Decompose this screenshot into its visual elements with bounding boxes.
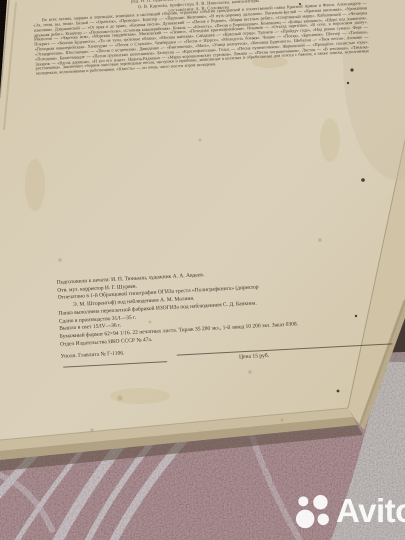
horizontal-rule bbox=[177, 343, 393, 355]
imprint-block: Подготовили к печати: И. П. Тюнькин, худ… bbox=[57, 262, 404, 349]
printed-content: ред. Н. П. Буданова, заслуженный деятель… bbox=[8, 0, 405, 435]
photo-container: ред. Н. П. Буданова, заслуженный деятель… bbox=[0, 0, 405, 540]
price-label: Цена 15 руб. bbox=[239, 353, 269, 361]
watermark-label: Avito bbox=[336, 492, 405, 530]
avito-watermark: Avito bbox=[295, 492, 405, 530]
horizontal-rule bbox=[63, 361, 167, 367]
avito-dots-logo-icon bbox=[295, 493, 332, 530]
censor-line: Уполн. Главлита № Г-1106. bbox=[61, 350, 125, 359]
